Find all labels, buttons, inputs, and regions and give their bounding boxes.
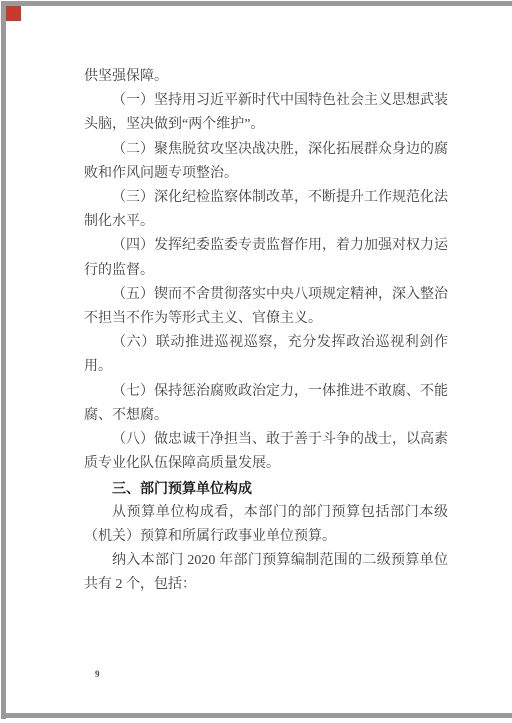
- paragraph-item-1: （一）坚持用习近平新时代中国特色社会主义思想武装头脑，坚决做到“两个维护”。: [84, 89, 448, 137]
- page-edge-bottom: [1, 713, 512, 718]
- document-page: 供坚强保障。 （一）坚持用习近平新时代中国特色社会主义思想武装头脑，坚决做到“两…: [0, 0, 512, 723]
- red-marker-icon: [6, 6, 21, 21]
- paragraph-item-6: （六）联动推进巡视巡察，充分发挥政治巡视利剑作用。: [84, 331, 448, 379]
- paragraph-body-1: 从预算单位构成看，本部门的部门预算包括部门本级（机关）预算和所属行政事业单位预算…: [84, 501, 448, 549]
- paragraph-item-8: （八）做忠诚干净担当、敢于善于斗争的战士，以高素质专业化队伍保障高质量发展。: [84, 428, 448, 476]
- paragraph-item-3: （三）深化纪检监察体制改革，不断提升工作规范化法制化水平。: [84, 186, 448, 234]
- page-edge-top: [1, 1, 512, 6]
- paragraph-item-5: （五）锲而不舍贯彻落实中央八项规定精神，深入整治不担当不作为等形式主义、官僚主义…: [84, 283, 448, 331]
- document-content: 供坚强保障。 （一）坚持用习近平新时代中国特色社会主义思想武装头脑，坚决做到“两…: [84, 65, 448, 597]
- paragraph-continuation: 供坚强保障。: [84, 65, 448, 89]
- paragraph-body-2: 纳入本部门 2020 年部门预算编制范围的二级预算单位共有 2 个，包括：: [84, 549, 448, 597]
- paragraph-item-2: （二）聚焦脱贫攻坚决战决胜，深化拓展群众身边的腐败和作风问题专项整治。: [84, 138, 448, 186]
- paragraph-item-4: （四）发挥纪委监委专责监督作用，着力加强对权力运行的监督。: [84, 234, 448, 282]
- paragraph-item-7: （七）保持惩治腐败政治定力，一体推进不敢腐、不能腐、不想腐。: [84, 380, 448, 428]
- page-edge-left: [1, 1, 6, 719]
- section-heading: 三、部门预算单位构成: [84, 476, 448, 500]
- page-number: 9: [95, 669, 100, 679]
